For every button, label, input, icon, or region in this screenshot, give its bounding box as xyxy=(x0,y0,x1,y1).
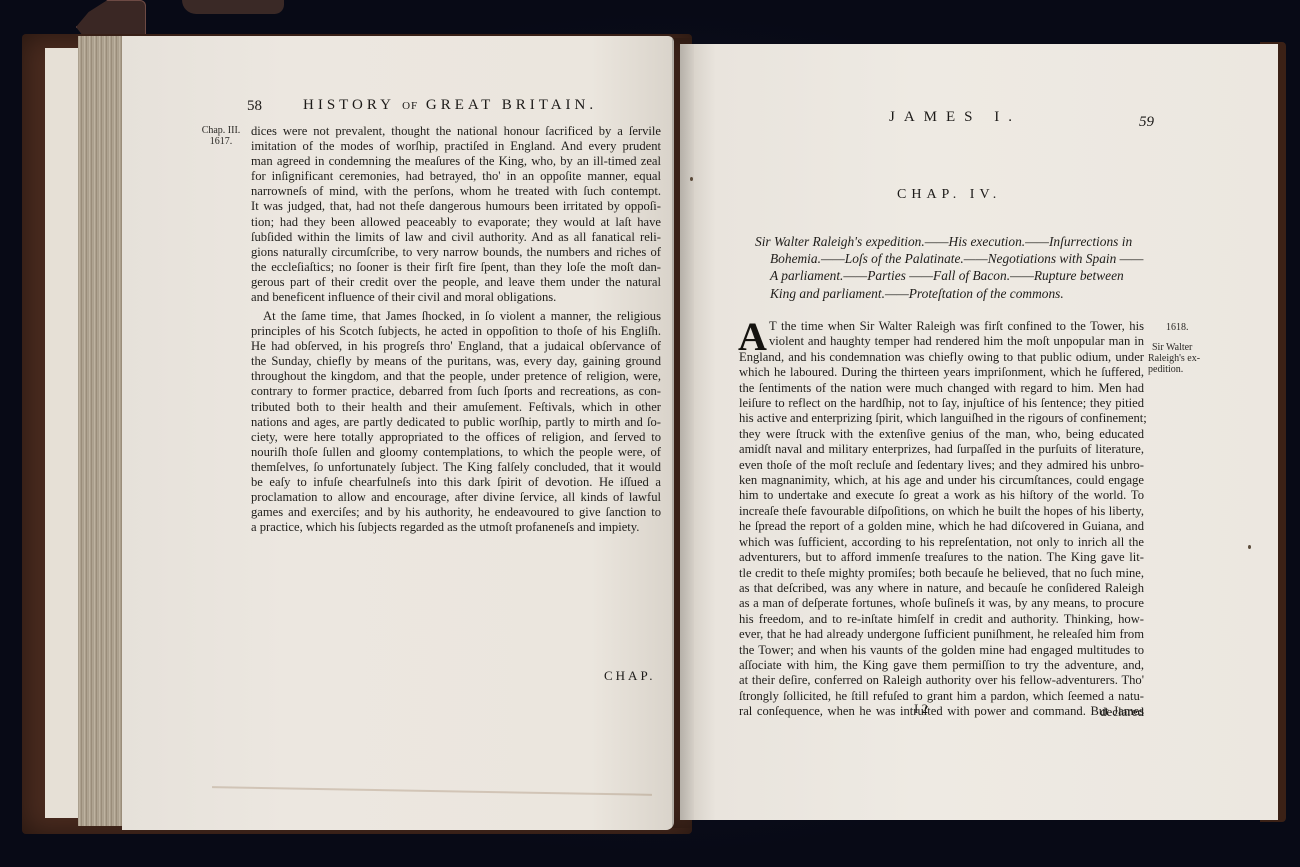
text-line: the Tower; and when his vaunts of the go… xyxy=(739,643,1144,658)
text-line: It was judged, that, had not theſe dange… xyxy=(251,199,661,214)
right-margin-topic: Sir Walter Raleigh's ex- pedition. xyxy=(1148,342,1203,375)
left-catchword: CHAP. xyxy=(604,668,656,684)
text-line: proclamation to allow and encourage, aft… xyxy=(251,490,661,505)
left-page-number: 58 xyxy=(247,98,262,115)
text-line: ſtrongly ſollicited, he ſtill refuſed to… xyxy=(739,689,1144,704)
text-line: increaſe theſe favourable diſpoſitions, … xyxy=(739,504,1144,519)
text-line: nations and ages, are partly dedicated t… xyxy=(251,415,661,430)
gutter-shadow xyxy=(672,38,694,828)
text-line: they were ſtruck with the extenſive geni… xyxy=(739,427,1144,442)
text-line: tributed both to their health and their … xyxy=(251,400,661,415)
right-running-head: JAMES I. xyxy=(889,109,1021,126)
running-head-word: HISTORY xyxy=(303,97,394,113)
text-line: the ſentiments of the nation were much c… xyxy=(739,381,1144,396)
text-line: ſubſided within the limits of law and ci… xyxy=(251,230,661,245)
left-paragraph-2: At the ſame time, that James ſhocked, in… xyxy=(251,309,661,535)
text-line: throughout the kingdom, and that the peo… xyxy=(251,369,661,384)
margin-year: 1617. xyxy=(193,136,249,147)
margin-topic-line: pedition. xyxy=(1148,364,1203,375)
text-line: tion; had they been allowed peaceably to… xyxy=(251,215,661,230)
text-line: the Sunday, chiefly by means of the puri… xyxy=(251,354,661,369)
text-line: adventurers, but to afford immenſe treaſ… xyxy=(739,550,1144,565)
text-line: leiſure to reflect on the hardſhip, not … xyxy=(739,396,1144,411)
running-head-of: OF xyxy=(402,100,418,112)
text-line: nouriſh thoſe ſullen and gloomy contempl… xyxy=(251,445,661,460)
running-head-word: GREAT BRITAIN. xyxy=(426,97,597,113)
text-line: and beneficent influence of their civil … xyxy=(251,290,661,305)
text-line: themſelves, ſo unfortunately ſubject. Th… xyxy=(251,460,661,475)
text-line: ciety, were here totally appropriated to… xyxy=(251,430,661,445)
text-line: for inſignificant ceremonies, had betray… xyxy=(251,169,661,184)
margin-chapter: Chap. III. xyxy=(193,125,249,136)
summary-line: Sir Walter Raleigh's expedition.——His ex… xyxy=(755,233,1150,250)
text-line: amidſt naval and military enterprizes, h… xyxy=(739,442,1144,457)
text-line: he ſpread the report of a golden mine, w… xyxy=(739,519,1144,534)
signature-mark: I 2 xyxy=(914,701,928,717)
summary-line: A parliament.——Parties ——Fall of Bacon.—… xyxy=(755,267,1150,284)
text-line: at their deſire, conferred on Raleigh au… xyxy=(739,673,1144,688)
text-line: aſſociate with him, the King gave them p… xyxy=(739,658,1144,673)
text-line: England, and his condemnation was chiefl… xyxy=(739,350,1144,365)
chapter-summary: Sir Walter Raleigh's expedition.——His ex… xyxy=(755,233,1150,302)
left-margin-note: Chap. III. 1617. xyxy=(193,125,249,147)
text-line: principles of his Scotch ſubjects, he ac… xyxy=(251,324,661,339)
text-line: contrary to former practice, debarred fr… xyxy=(251,384,661,399)
text-line: gerous part of their credit over the peo… xyxy=(251,275,661,290)
summary-line: King and parliament.——Proteſtation of th… xyxy=(755,285,1150,302)
right-page-number: 59 xyxy=(1139,114,1154,131)
right-body-text: T the time when Sir Walter Raleigh was f… xyxy=(739,319,1144,720)
text-line: imitation of the modes of worſhip, pract… xyxy=(251,139,661,154)
left-paragraph-1: dices were not prevalent, thought the na… xyxy=(251,124,661,305)
text-line: ken magnanimity, which, at his age and u… xyxy=(739,473,1144,488)
summary-line: Bohemia.——Loſs of the Palatinate.——Negot… xyxy=(755,250,1150,267)
text-line: ral conſequence, when he was intruſted w… xyxy=(739,704,1144,719)
text-line: dices were not prevalent, thought the na… xyxy=(251,124,661,139)
left-running-head: HISTORY OF GREAT BRITAIN. xyxy=(303,97,597,114)
right-margin-year: 1618. xyxy=(1166,322,1189,333)
text-line: be eaſy to infuſe chearfulneſs into this… xyxy=(251,475,661,490)
text-line: He had obſerved, in his progreſs thro' E… xyxy=(251,339,661,354)
paper-speck xyxy=(1248,545,1251,549)
text-line: his active and enterprizing ſpirit, whic… xyxy=(739,411,1144,426)
text-line: man agreed in condemning the meaſures of… xyxy=(251,154,661,169)
text-line: even thoſe of the moſt recluſe and ſeden… xyxy=(739,458,1144,473)
text-line: ever, that he had already undergone ſuff… xyxy=(739,627,1144,642)
text-line: a practice, which his ſubjects regarded … xyxy=(251,520,661,535)
text-line: him to undertake and execute ſo great a … xyxy=(739,488,1144,503)
text-line: as that deſcribed, was any where in natu… xyxy=(739,581,1144,596)
margin-topic-line: Sir Walter xyxy=(1148,342,1203,353)
text-line: which he laboured. During the thirteen y… xyxy=(739,365,1144,380)
text-line: violent and haughty temper had rendered … xyxy=(739,334,1144,349)
text-line: as a man of deſperate fortunes, whoſe bu… xyxy=(739,596,1144,611)
text-line: narrowneſs of mind, with the perſons, wh… xyxy=(251,184,661,199)
text-line: tle credit to theſe mighty promiſes; bot… xyxy=(739,566,1144,581)
page-stack-edges xyxy=(78,36,124,826)
chapter-title: CHAP. IV. xyxy=(897,187,1001,203)
right-catchword: declared xyxy=(1100,704,1144,720)
text-line: T the time when Sir Walter Raleigh was f… xyxy=(739,319,1144,334)
paper-speck xyxy=(690,177,693,181)
text-line: gions naturally circumſcribe, to very na… xyxy=(251,245,661,260)
margin-topic-line: Raleigh's ex- xyxy=(1148,353,1203,364)
text-line: At the ſame time, that James ſhocked, in… xyxy=(251,309,661,324)
text-line: the eccleſiaſtics; no ſooner is their fi… xyxy=(251,260,661,275)
text-line: his freedom, and to re-inſtate himſelf i… xyxy=(739,612,1144,627)
text-line: which was ſufficient, according to his r… xyxy=(739,535,1144,550)
text-line: games and exerciſes; and by his authorit… xyxy=(251,505,661,520)
metal-clasp-top xyxy=(182,0,284,14)
